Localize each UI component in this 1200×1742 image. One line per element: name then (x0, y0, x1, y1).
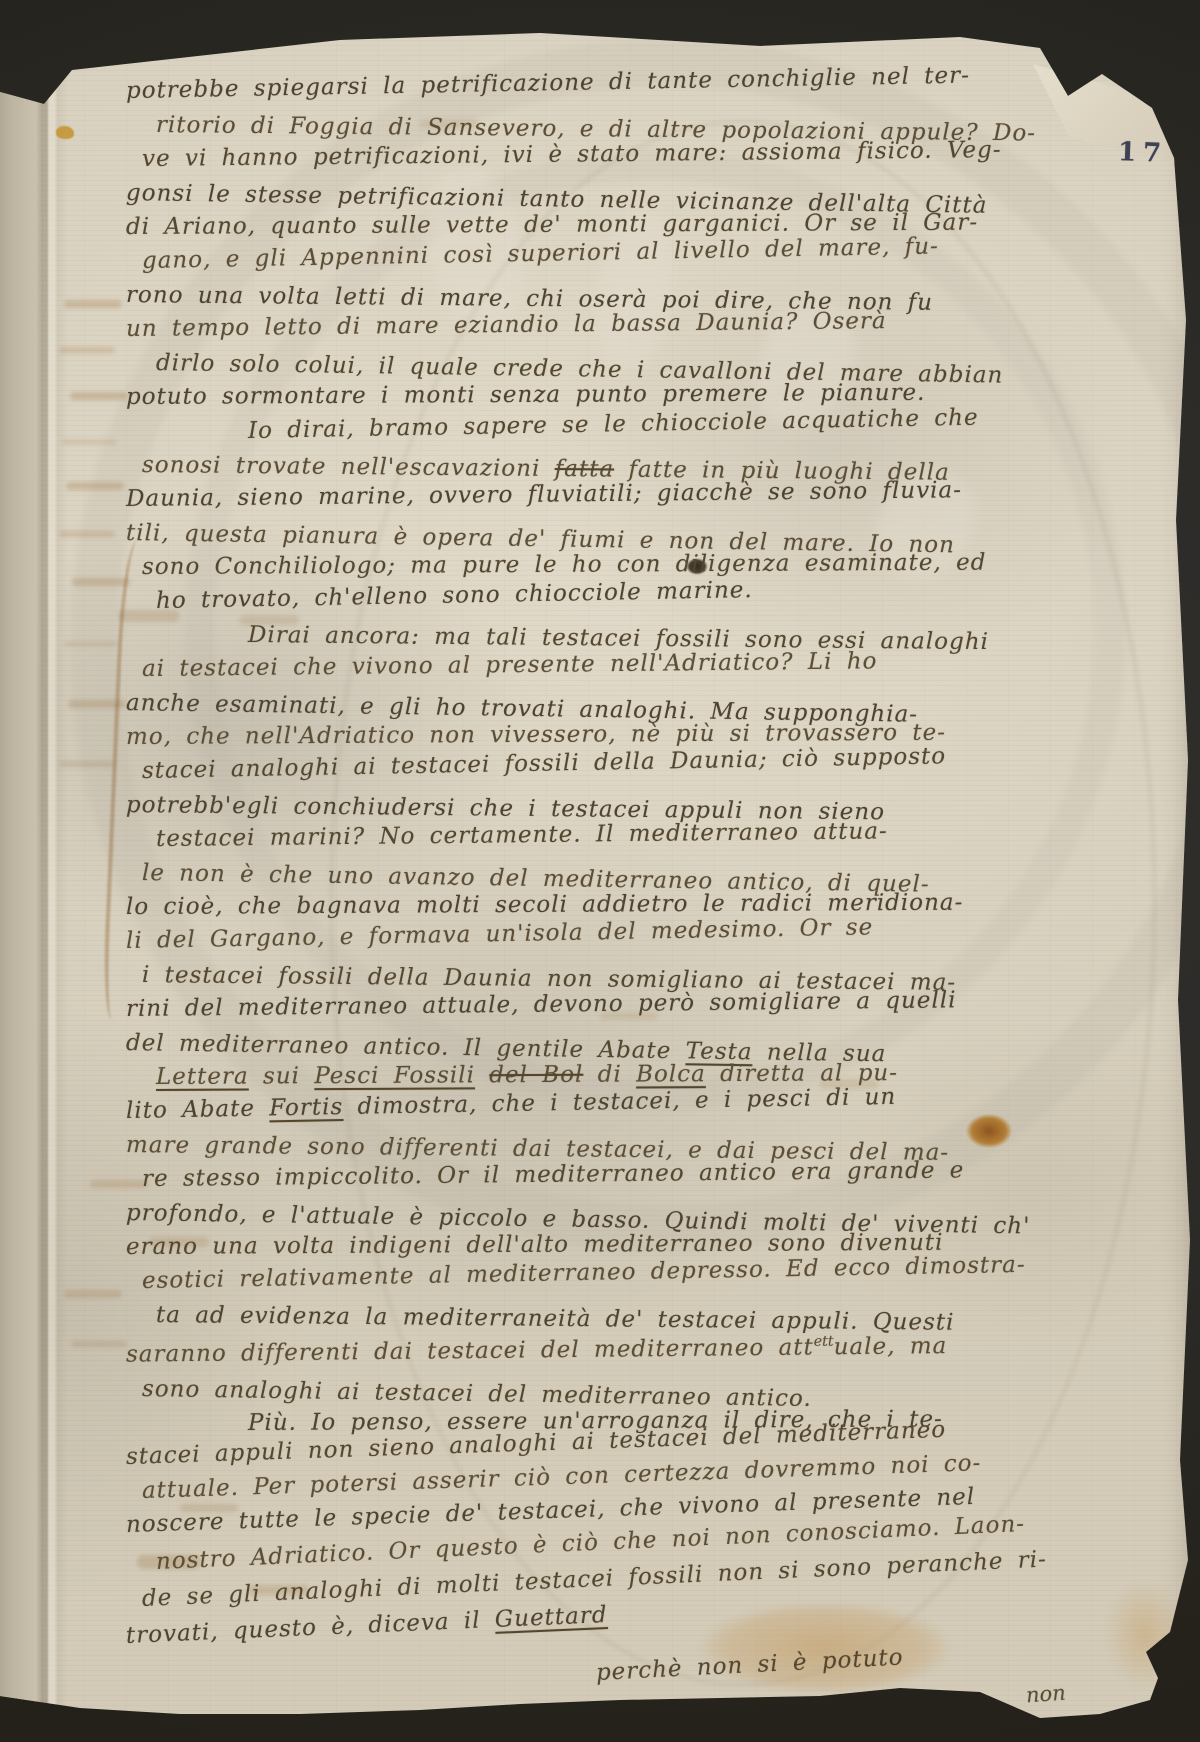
manuscript-photo: potrebbe spiegarsi la petrificazione di … (0, 0, 1200, 1742)
manuscript-page: potrebbe spiegarsi la petrificazione di … (0, 0, 1200, 1742)
edge-shading (0, 0, 1200, 1742)
bleedthrough-text-smudges (0, 0, 58, 8)
